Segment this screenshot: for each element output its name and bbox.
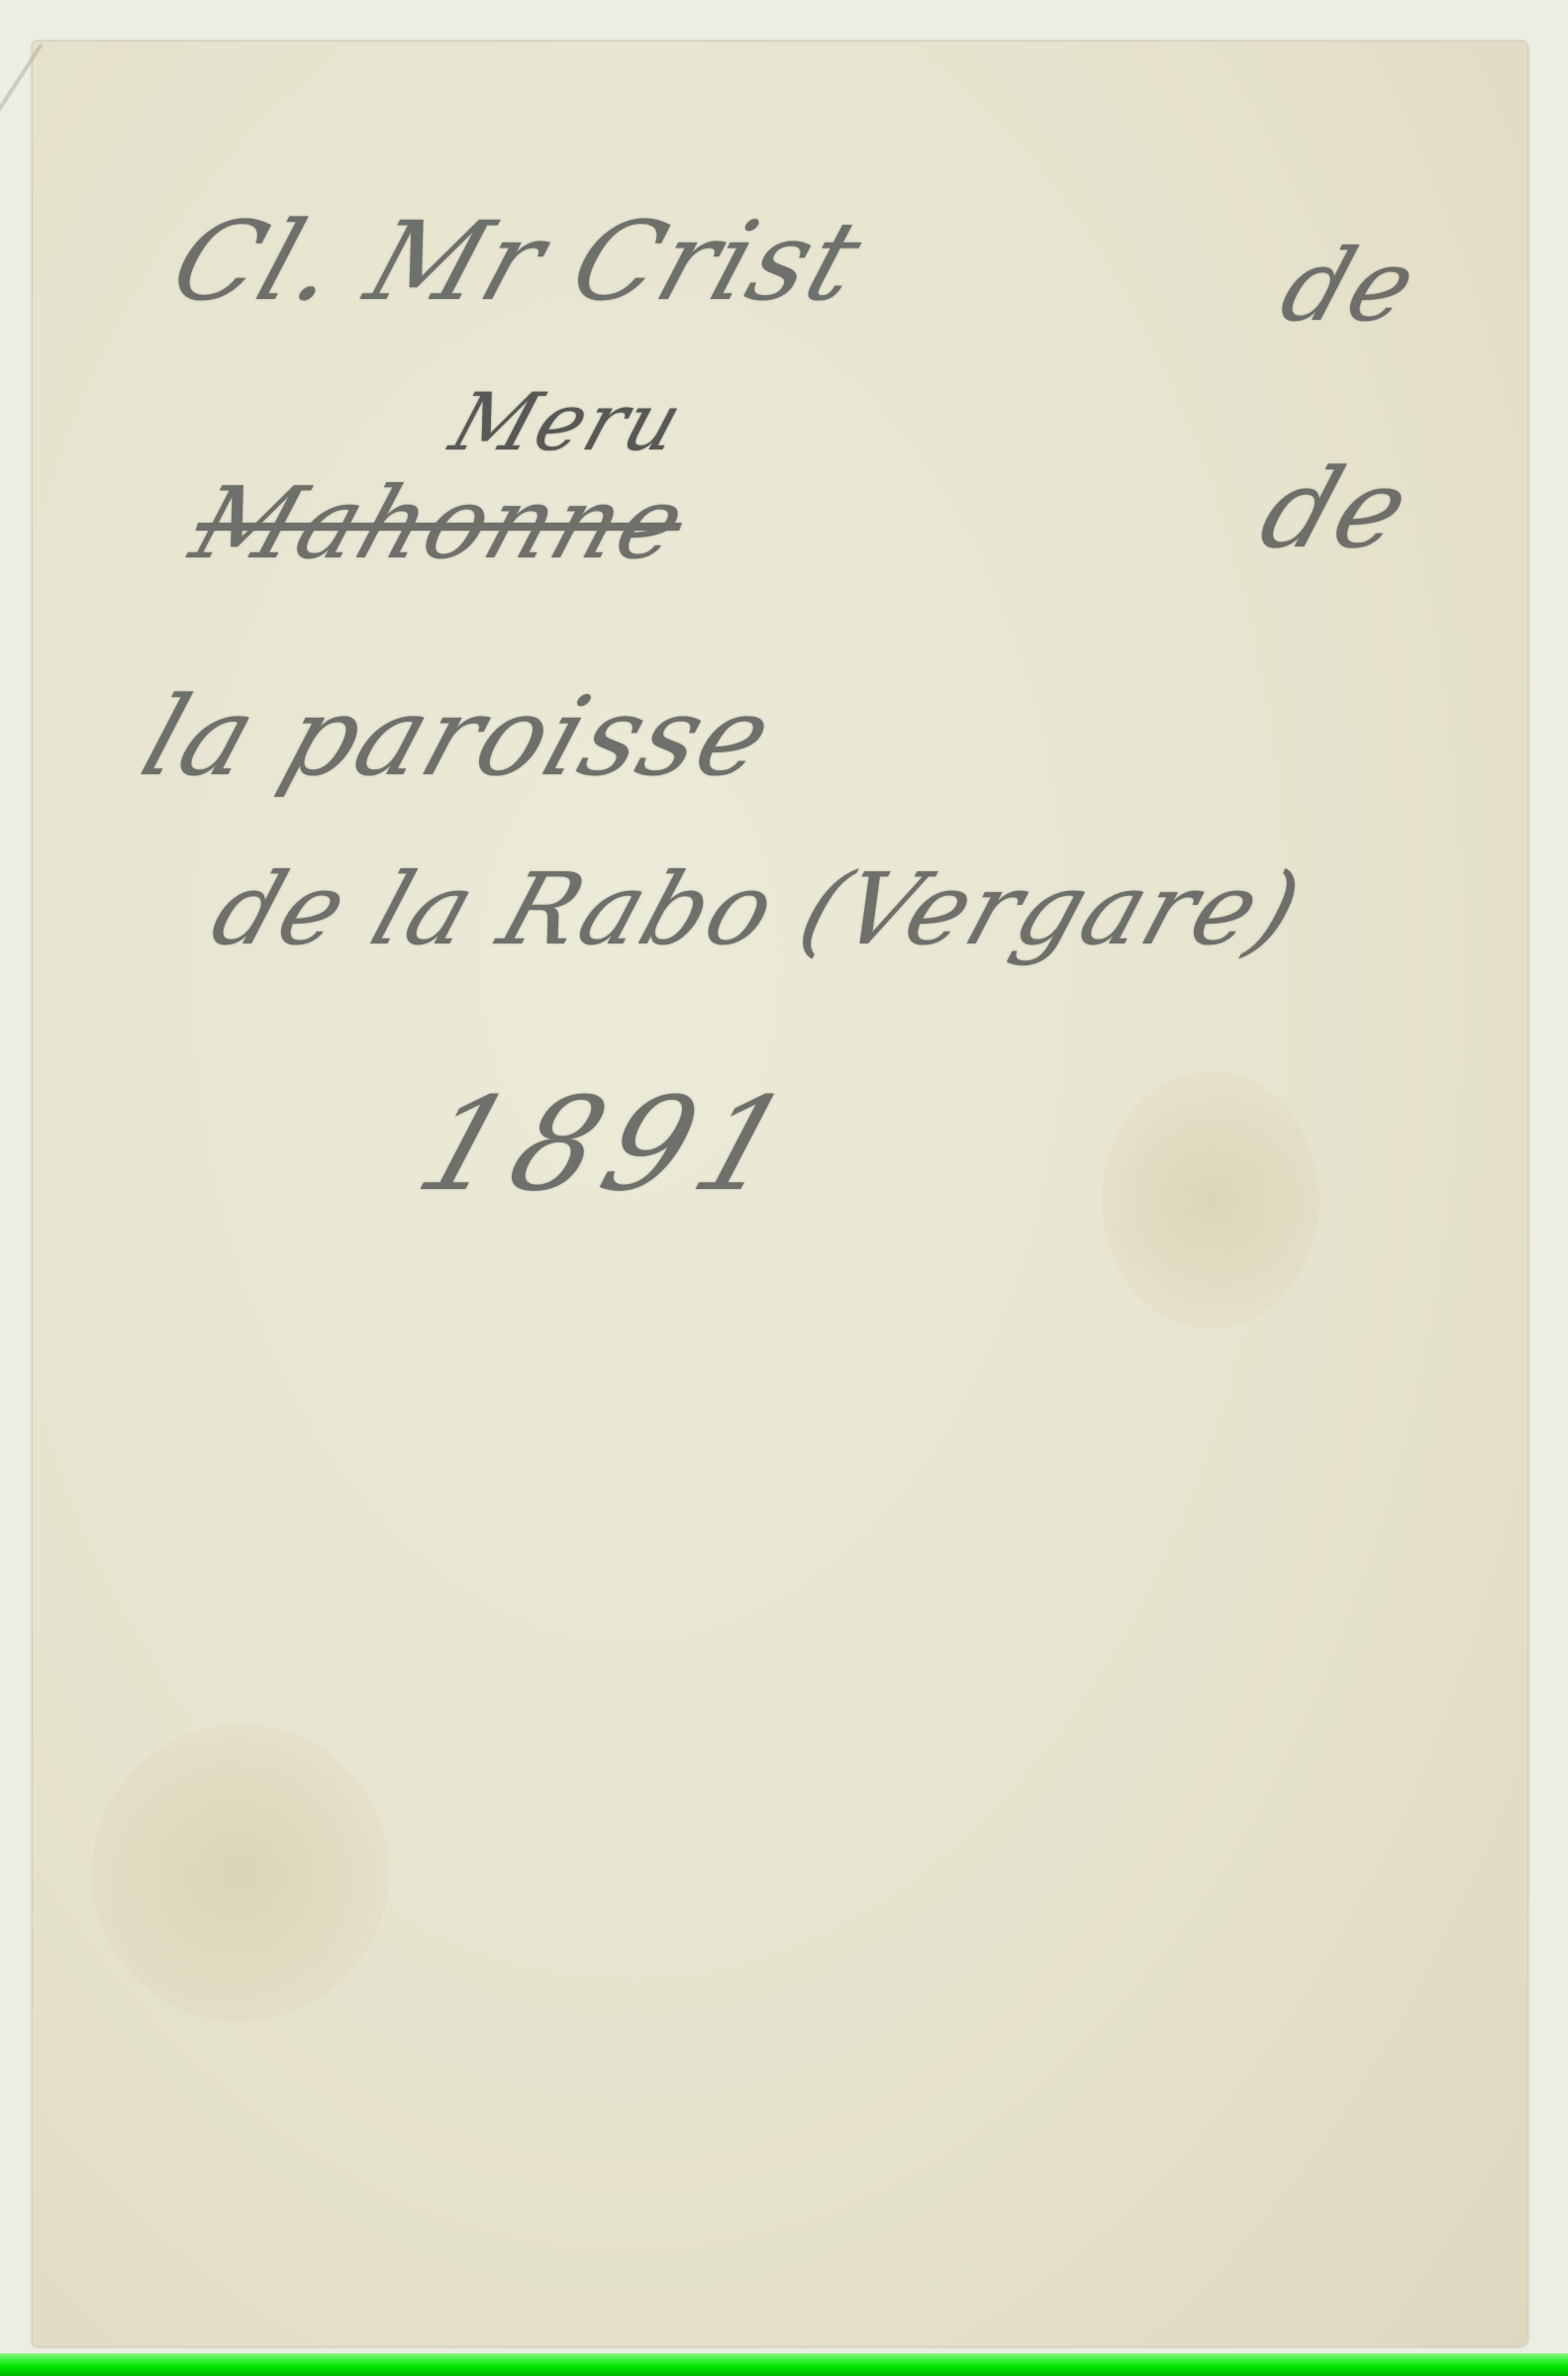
paper-stain — [92, 1725, 389, 2022]
handwritten-line-3: la paroisse — [128, 673, 788, 800]
handwritten-line-4: de la Rabo (Vergare) — [199, 851, 1316, 967]
paper-stain — [1102, 1071, 1320, 1329]
handwritten-struck-word: Mahonne — [179, 465, 701, 581]
bottom-color-band — [0, 2353, 1568, 2376]
handwritten-year: 1891 — [401, 1069, 817, 1220]
handwritten-line-1: Cl. Mr Crist — [157, 198, 878, 325]
paper-sheet — [33, 42, 1527, 2346]
handwritten-correction: Meru — [441, 376, 695, 468]
